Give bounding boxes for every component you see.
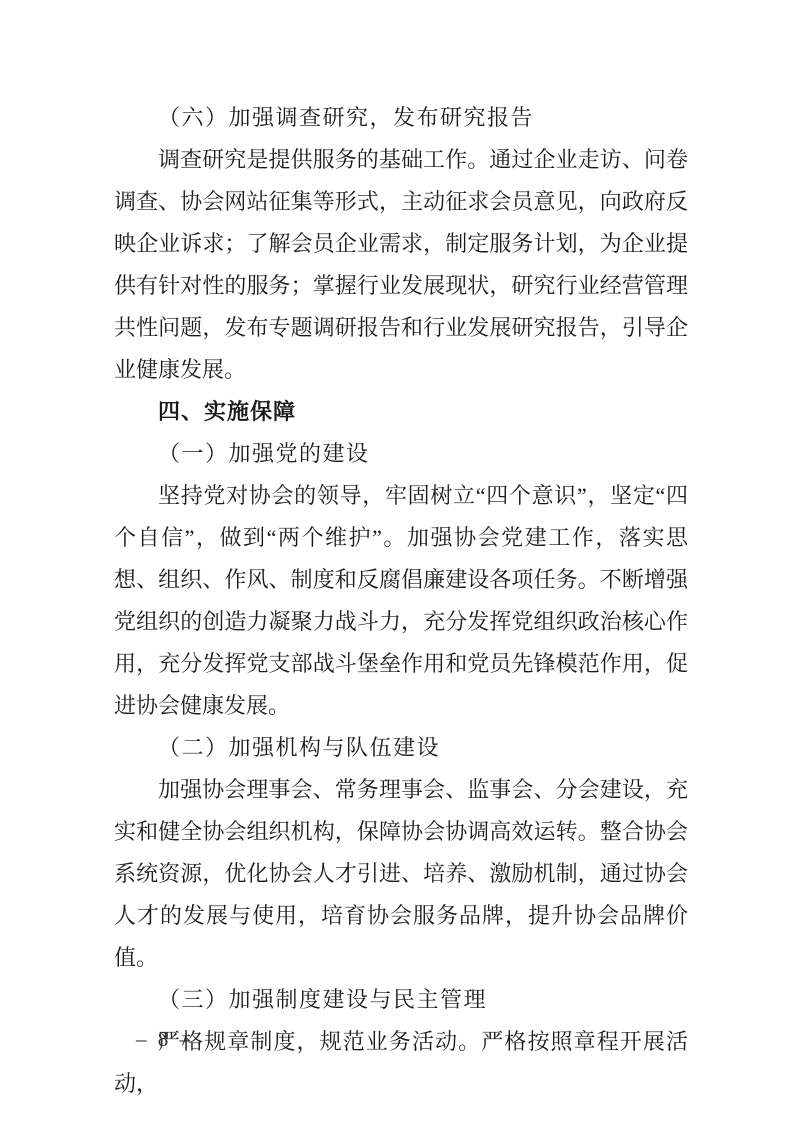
heading-section-two: （二）加强机构与队伍建设 <box>114 727 688 769</box>
paragraph-party-building: 坚持党对协会的领导，牢固树立“四个意识”，坚定“四个自信”，做到“两个维护”。加… <box>114 475 688 727</box>
page-number: – 8 – <box>136 1027 193 1051</box>
heading-part-four: 四、实施保障 <box>114 391 688 433</box>
paragraph-organization-team: 加强协会理事会、常务理事会、监事会、分会建设，充实和健全协会组织机构，保障协会协… <box>114 769 688 979</box>
paragraph-rules-management: 严格规章制度，规范业务活动。严格按照章程开展活动， <box>114 1021 688 1105</box>
heading-section-six: （六）加强调查研究，发布研究报告 <box>114 97 688 139</box>
document-page: （六）加强调查研究，发布研究报告 调查研究是提供服务的基础工作。通过企业走访、问… <box>0 0 800 1131</box>
heading-section-one: （一）加强党的建设 <box>114 433 688 475</box>
paragraph-research-reports: 调查研究是提供服务的基础工作。通过企业走访、问卷调查、协会网站征集等形式，主动征… <box>114 139 688 391</box>
heading-section-three: （三）加强制度建设与民主管理 <box>114 979 688 1021</box>
document-body: （六）加强调查研究，发布研究报告 调查研究是提供服务的基础工作。通过企业走访、问… <box>114 97 688 1105</box>
